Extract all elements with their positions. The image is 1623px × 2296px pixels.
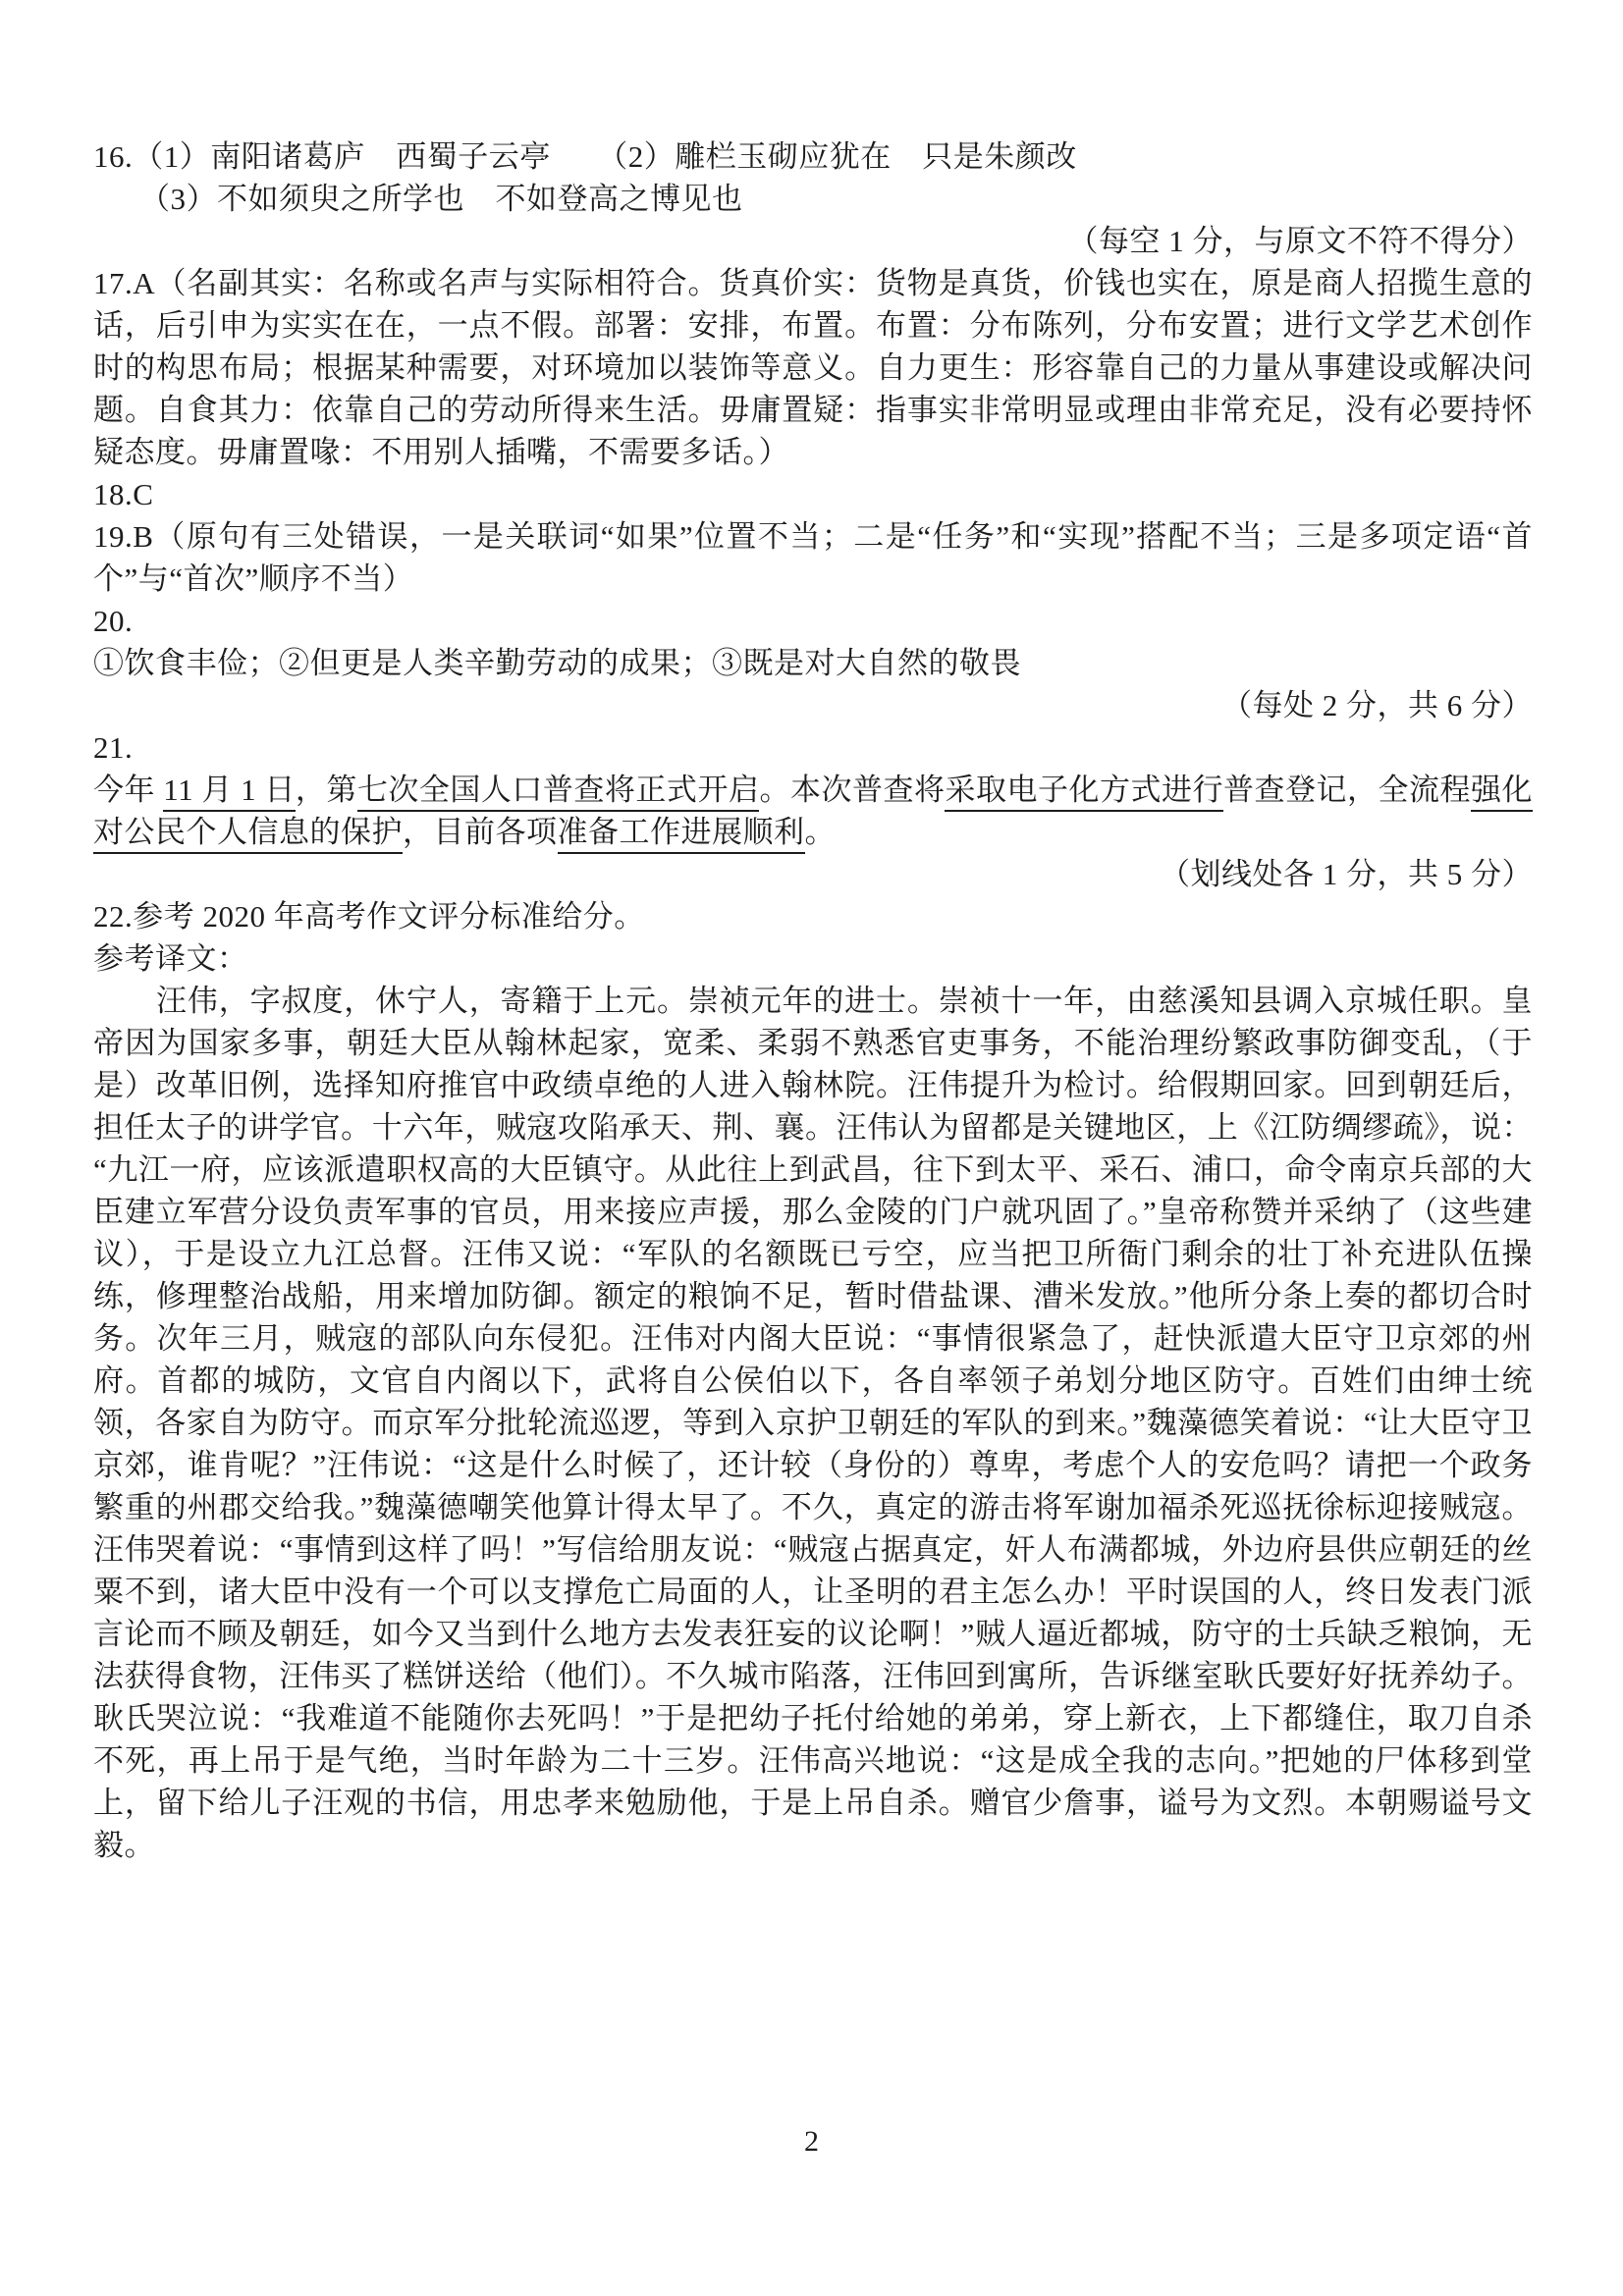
text-segment: 。 [805,815,837,849]
answer-19: 19.B（原句有三处错误，一是关联词“如果”位置不当；二是“任务”和“实现”搭配… [93,515,1533,600]
page-number: 2 [0,2122,1623,2162]
answer-16-line2: （3）不如须臾之所学也 不如登高之博见也 [93,178,1533,220]
answer-17: 17.A（名副其实：名称或名声与实际相符合。货真价实：货物是真货，价钱也实在，原… [93,262,1533,473]
underlined-segment: 采取电子化方式进行 [945,773,1223,812]
text-segment: 普查登记，全流程 [1223,773,1471,807]
text-segment: 今年 [93,773,163,807]
text-segment: ，目前各项 [403,815,558,849]
answer-21-label: 21. [93,726,1533,769]
translation-body: 汪伟，字叔度，休宁人，寄籍于上元。崇祯元年的进士。崇祯十一年，由慈溪知县调入京城… [93,980,1533,1866]
underlined-segment: 11 月 1 日 [163,773,296,812]
score-note-16: （每空 1 分，与原文不符不得分） [93,220,1533,262]
score-note-20: （每处 2 分，共 6 分） [93,684,1533,726]
score-note-21: （划线处各 1 分，共 5 分） [93,853,1533,895]
text-segment: 。本次普查将 [759,773,945,807]
answer-16-line1: 16.（1）南阳诸葛庐 西蜀子云亭 （2）雕栏玉砌应犹在 只是朱颜改 [93,135,1533,178]
answer-20-text: ①饮食丰俭；②但更是人类辛勤劳动的成果；③既是对大自然的敬畏 [93,642,1533,684]
underlined-segment: 准备工作进展顺利 [558,815,805,854]
answer-21-passage: 今年 11 月 1 日，第七次全国人口普查将正式开启。本次普查将采取电子化方式进… [93,769,1533,853]
translation-heading: 参考译文： [93,937,1533,980]
text-segment: ，第 [296,773,357,807]
answer-22: 22.参考 2020 年高考作文评分标准给分。 [93,895,1533,937]
scanned-exam-answer-page: 16.（1）南阳诸葛庐 西蜀子云亭 （2）雕栏玉砌应犹在 只是朱颜改 （3）不如… [0,0,1623,2296]
answer-sheet: 16.（1）南阳诸葛庐 西蜀子云亭 （2）雕栏玉砌应犹在 只是朱颜改 （3）不如… [93,135,1533,1866]
answer-20-label: 20. [93,600,1533,642]
underlined-segment: 七次全国人口普查将正式开启 [357,773,760,812]
answer-18: 18.C [93,473,1533,515]
